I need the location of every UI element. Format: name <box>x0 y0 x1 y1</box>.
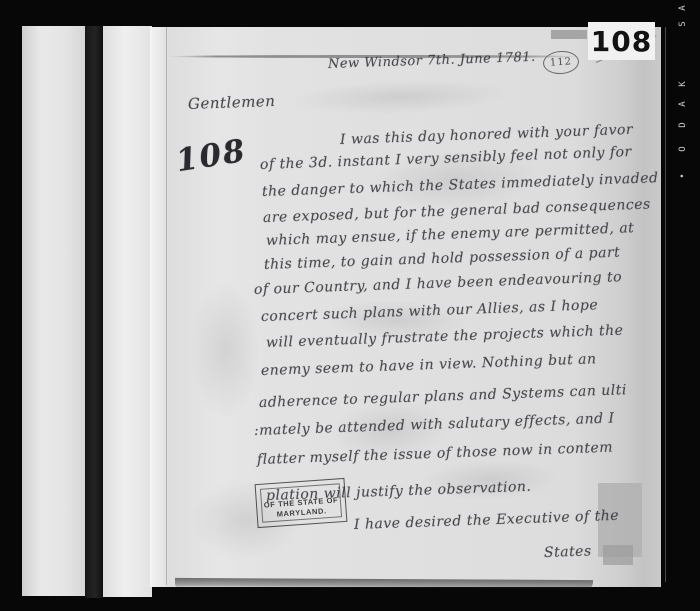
film-edge-letter: O <box>678 143 690 155</box>
archive-stamp: OF THE STATE OF MARYLAND. <box>255 478 348 528</box>
bleed-through-smudge <box>190 280 260 420</box>
microfilm-scan: 108 A S K A D O • 112 New Windsor 7th. J… <box>0 0 700 611</box>
archive-stamp-inner-border: OF THE STATE OF MARYLAND. <box>260 483 342 522</box>
stamp-text-line2: MARYLAND. <box>276 506 327 519</box>
page-edge-strip-left <box>22 26 85 596</box>
page-bottom-shadow <box>175 578 593 590</box>
film-edge-letter: D <box>678 119 690 131</box>
film-edge-letter: • <box>678 170 690 182</box>
letter-salutation: Gentlemen <box>188 94 276 112</box>
letter-catchword: States <box>544 544 592 560</box>
page-right-edge-line <box>665 27 666 582</box>
film-edge-letter: A <box>678 2 690 14</box>
film-edge-letter: K <box>678 78 690 90</box>
film-edge-letter: S <box>678 18 690 30</box>
page-edge-highlight <box>150 27 152 587</box>
film-edge-letter: A <box>678 98 690 110</box>
film-splice-mark <box>551 30 587 39</box>
page-edge-strip-inner <box>103 26 152 597</box>
film-gap <box>85 26 103 598</box>
frame-number-label: 108 <box>588 22 655 60</box>
scan-blotch-small <box>603 545 633 565</box>
page-fold-line <box>166 27 167 585</box>
